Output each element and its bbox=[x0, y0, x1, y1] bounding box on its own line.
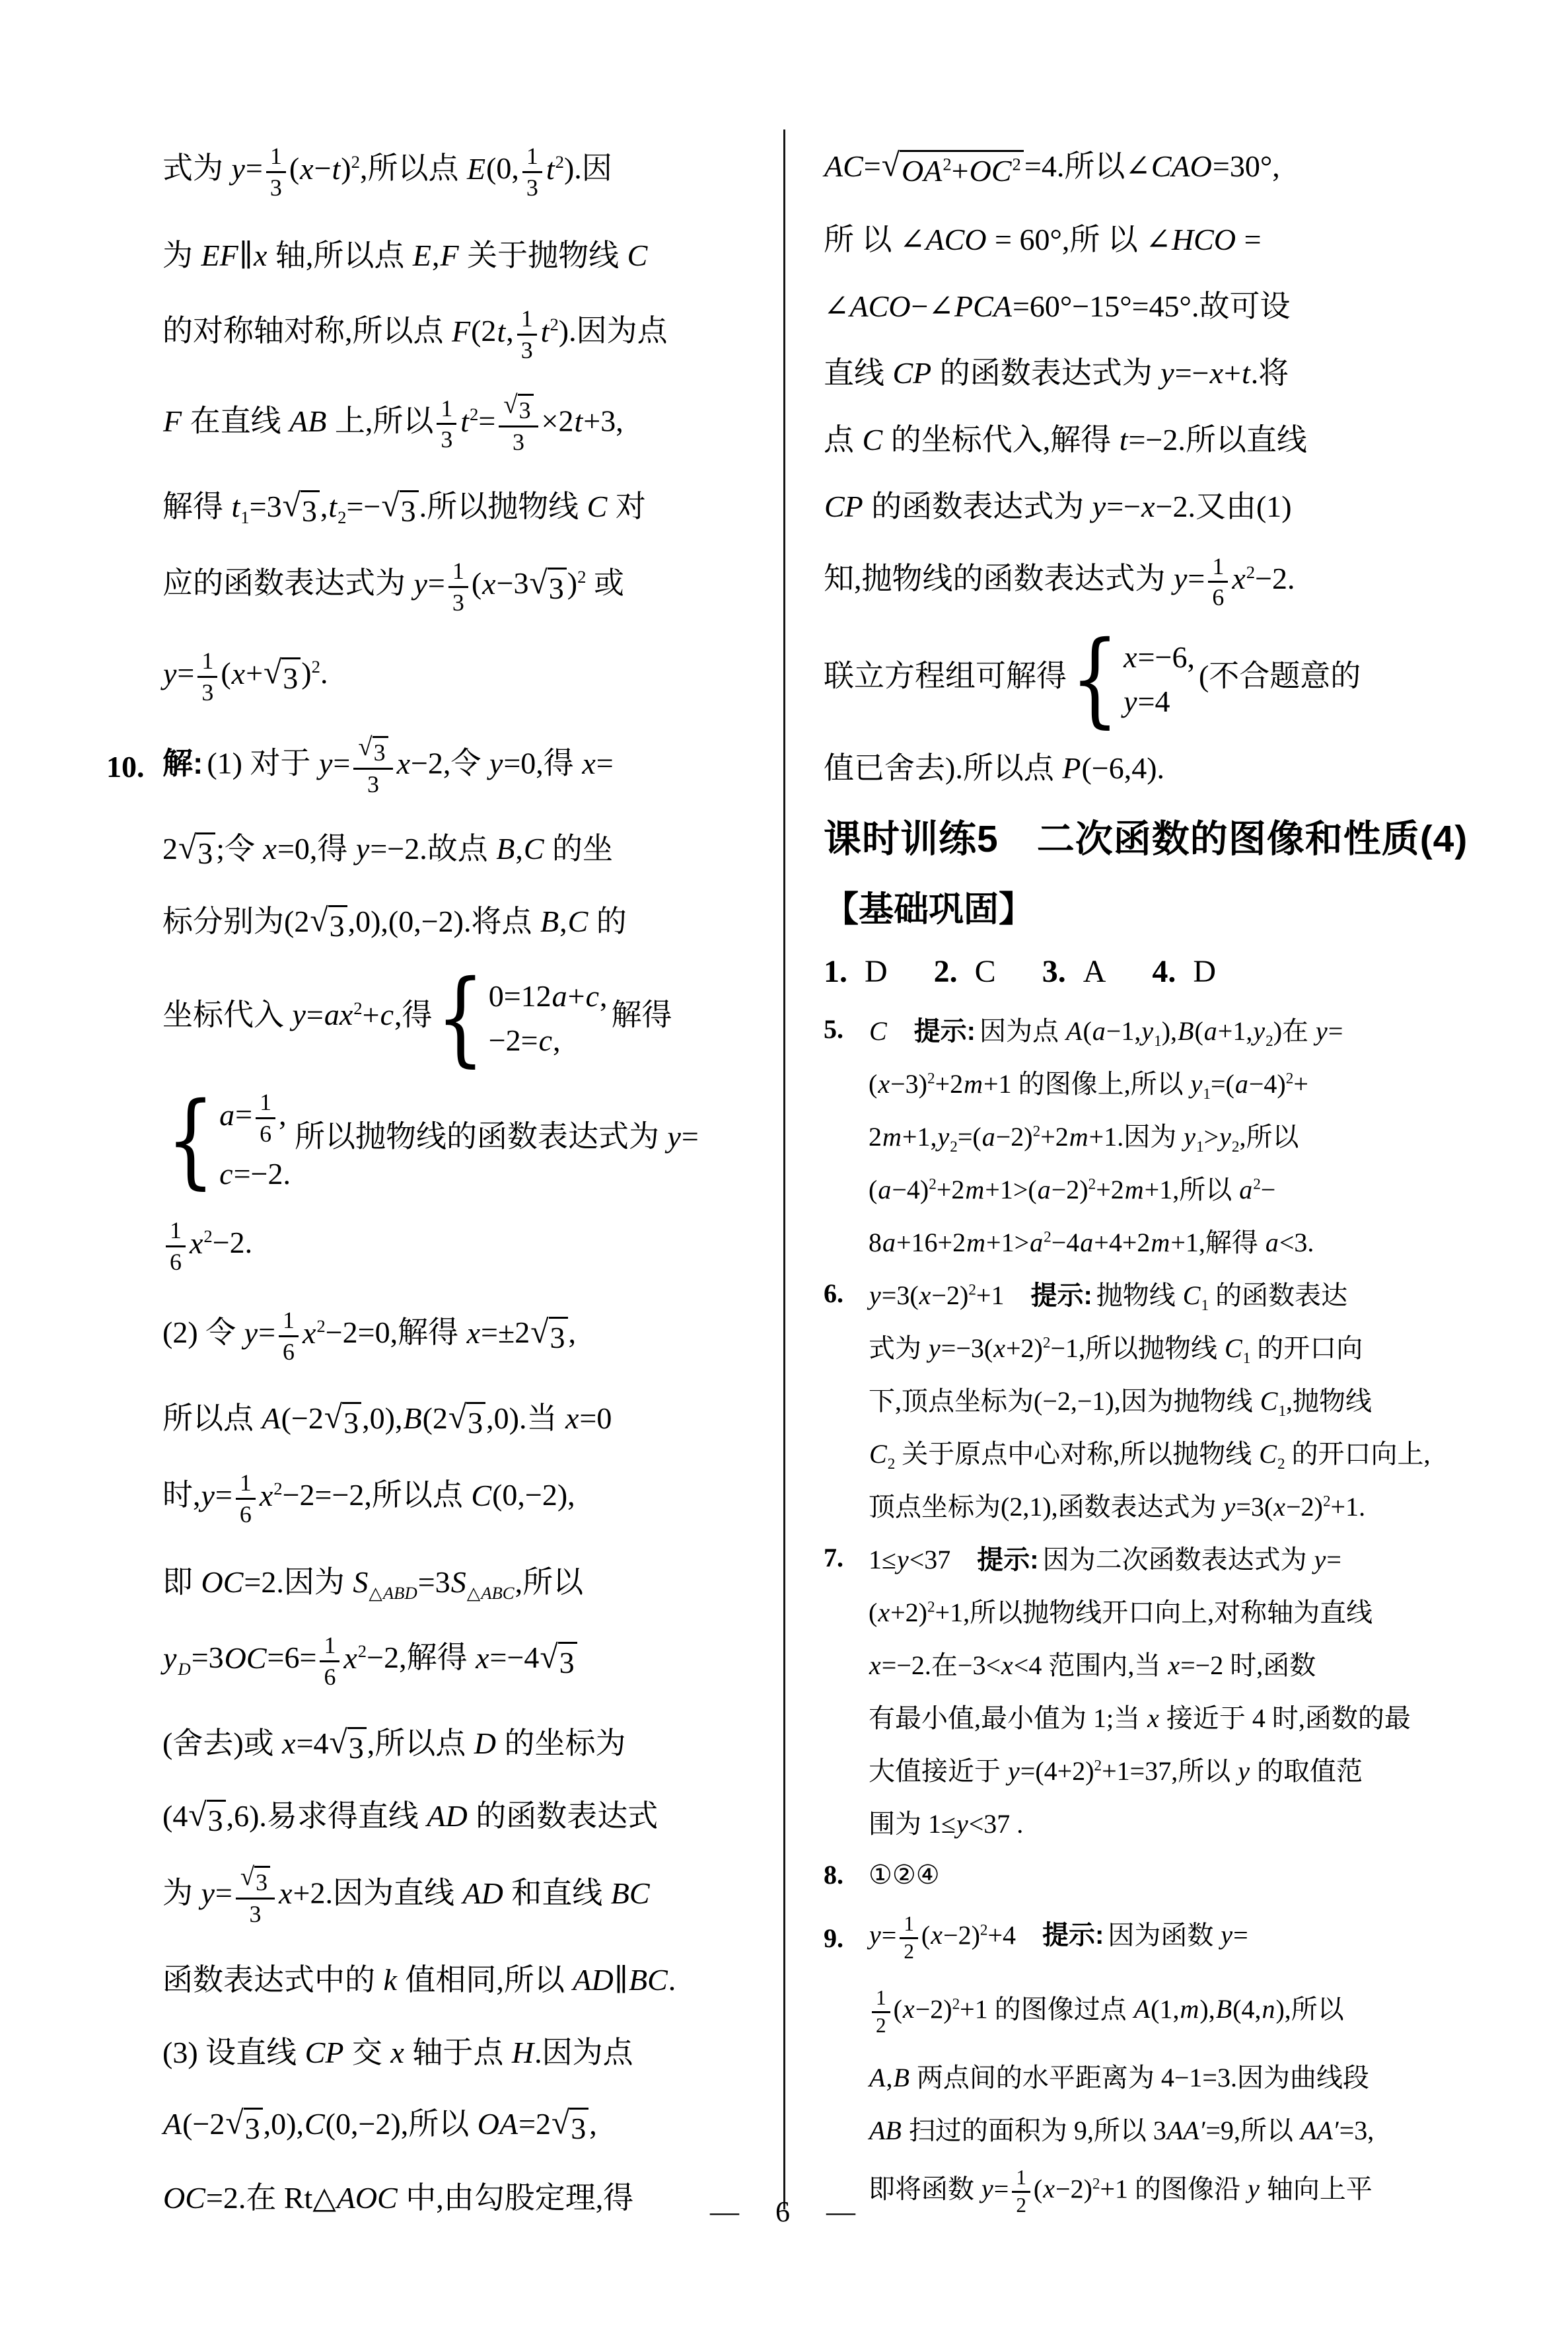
text-line: 有最小值,最小值为 1;当 x 接近于 4 时,函数的最 bbox=[869, 1689, 1526, 1742]
left-column-lines: 式为 y=13(x−t)2,所以点 E(0,13t2).因为 EF∥x 轴,所以… bbox=[162, 127, 768, 2232]
text-line: ∠ACO−∠PCA=60°−15°=45°.故可设 bbox=[824, 270, 1526, 337]
text-line: 的对称轴对称,所以点 F(2t,13t2).因为点 bbox=[162, 289, 768, 379]
text-line: 解得 t1=3√3,t2=−√3.所以抛物线 C 对 bbox=[162, 469, 768, 542]
text-line: 函数表达式中的 k 值相同,所以 AD∥BC. bbox=[162, 1941, 768, 2014]
answer-pair: 1.D bbox=[824, 953, 888, 990]
text-line: 2m+1,y2=(a−2)2+2m+1.因为 y1>y2,所以 bbox=[869, 1108, 1526, 1161]
left-column: 式为 y=13(x−t)2,所以点 E(0,13t2).因为 EF∥x 轴,所以… bbox=[106, 127, 768, 2232]
text-line: x=−2.在−3<x<4 范围内,当 x=−2 时,函数 bbox=[869, 1637, 1526, 1689]
text-line: C2 关于原点中心对称,所以抛物线 C2 的开口向上, bbox=[869, 1425, 1526, 1478]
text-line: 围为 1≤y<37 . bbox=[869, 1795, 1526, 1848]
text-line: (x+2)2+1,所以抛物线开口向上,对称轴为直线 bbox=[869, 1584, 1526, 1637]
answer-item: 6.y=3(x−2)2+1 提示:抛物线 C1 的函数表达式为 y=−3(x+2… bbox=[824, 1267, 1526, 1531]
text-line: y=13(x+√3)2. bbox=[162, 632, 768, 721]
text-line: 6.y=3(x−2)2+1 提示:抛物线 C1 的函数表达 bbox=[869, 1267, 1526, 1319]
text-line: 为 EF∥x 轴,所以点 E,F 关于抛物线 C bbox=[162, 217, 768, 289]
page-number: — 6 — bbox=[0, 2195, 1568, 2229]
text-line: 大值接近于 y=(4+2)2+1=37,所以 y 的取值范 bbox=[869, 1742, 1526, 1795]
text-line: 7.1≤y<37 提示:因为二次函数表达式为 y= bbox=[869, 1531, 1526, 1584]
text-line: AC=√OA2+OC2=4.所以∠CAO=30°, bbox=[824, 127, 1526, 203]
text-line: 为 y=√33x+2.因为直线 AD 和直线 BC bbox=[162, 1851, 768, 1941]
item-number: 5. bbox=[824, 1014, 869, 1045]
text-line: 时,y=16x2−2=−2,所以点 C(0,−2), bbox=[162, 1454, 768, 1543]
text-line: AB 扫过的面积为 9,所以 3AA′=9,所以 AA′=3, bbox=[869, 2102, 1526, 2155]
text-line: 9.y=12(x−2)2+4 提示:因为函数 y= bbox=[869, 1901, 1526, 1975]
text-line: 8a+16+2m+1>a2−4a+4+2m+1,解得 a<3. bbox=[869, 1214, 1526, 1267]
item-number: 6. bbox=[824, 1278, 869, 1309]
text-line: (2) 令 y=16x2−2=0,解得 x=±2√3, bbox=[162, 1291, 768, 1381]
item-number: 9. bbox=[824, 1923, 869, 1954]
workbook-answer-page: 式为 y=13(x−t)2,所以点 E(0,13t2).因为 EF∥x 轴,所以… bbox=[0, 0, 1568, 2325]
text-line: 所 以 ∠ACO = 60°,所 以 ∠HCO = bbox=[824, 203, 1526, 270]
text-line: 即 OC=2.因为 S△ABD=3S△ABC,所以 bbox=[162, 1543, 768, 1616]
text-line: A(−2√3,0),C(0,−2),所以 OA=2√3, bbox=[162, 2086, 768, 2159]
right-solution-lines: AC=√OA2+OC2=4.所以∠CAO=30°,所 以 ∠ACO = 60°,… bbox=[824, 127, 1526, 799]
text-line: (舍去)或 x=4√3,所以点 D 的坐标为 bbox=[162, 1706, 768, 1779]
text-line: 10.解:(1) 对于 y=√33x−2,令 y=0,得 x= bbox=[162, 721, 768, 811]
text-line: 应的函数表达式为 y=13(x−3√3)2 或 bbox=[162, 542, 768, 632]
column-divider-rule bbox=[783, 129, 785, 2209]
text-line: 下,顶点坐标为(−2,−1),因为抛物线 C1,抛物线 bbox=[869, 1372, 1526, 1425]
text-line: (x−3)2+2m+1 的图像上,所以 y1=(a−4)2+ bbox=[869, 1055, 1526, 1108]
answer-items: 5.C 提示:因为点 A(a−1,y1),B(a+1,y2)在 y=(x−3)2… bbox=[824, 1002, 1526, 2229]
text-line: 式为 y=−3(x+2)2−1,所以抛物线 C1 的开口向 bbox=[869, 1319, 1526, 1372]
answer-pair: 3.A bbox=[1042, 953, 1106, 990]
text-line: {a=16,c=−2.所以抛物线的函数表达式为 y= bbox=[162, 1079, 768, 1201]
text-line: 12(x−2)2+1 的图像过点 A(1,m),B(4,n),所以 bbox=[869, 1975, 1526, 2049]
text-line: yD=3OC=6=16x2−2,解得 x=−4√3 bbox=[162, 1616, 768, 1706]
item-number: 7. bbox=[824, 1542, 869, 1573]
section-heading: 课时训练5 二次函数的图像和性质(4) bbox=[824, 799, 1526, 873]
answer-item: 7.1≤y<37 提示:因为二次函数表达式为 y=(x+2)2+1,所以抛物线开… bbox=[824, 1531, 1526, 1848]
text-line: 顶点坐标为(2,1),函数表达式为 y=3(x−2)2+1. bbox=[869, 1478, 1526, 1531]
answer-item: 9.y=12(x−2)2+4 提示:因为函数 y=12(x−2)2+1 的图像过… bbox=[824, 1901, 1526, 2229]
text-line: A,B 两点间的水平距离为 4−1=3.因为曲线段 bbox=[869, 2049, 1526, 2102]
text-line: 5.C 提示:因为点 A(a−1,y1),B(a+1,y2)在 y= bbox=[869, 1002, 1526, 1055]
text-line: 8.①②④ bbox=[869, 1848, 1526, 1901]
text-line: 坐标代入 y=ax2+c,得{0=12a+c,−2=c,解得 bbox=[162, 957, 768, 1079]
text-line: (4√3,6).易求得直线 AD 的函数表达式 bbox=[162, 1779, 768, 1851]
answer-pair: 2.C bbox=[934, 953, 996, 990]
answers-row: 1.D2.C3.A4.D bbox=[824, 940, 1526, 1002]
text-line: 所以点 A(−2√3,0),B(2√3,0).当 x=0 bbox=[162, 1381, 768, 1454]
answer-pair: 4.D bbox=[1152, 953, 1216, 990]
text-line: CP 的函数表达式为 y=−x−2.又由(1) bbox=[824, 470, 1526, 537]
text-line: 值已舍去).所以点 P(−6,4). bbox=[824, 732, 1526, 799]
item-number: 10. bbox=[106, 749, 162, 784]
text-line: 联立方程组可解得{x=−6,y=4(不合题意的 bbox=[824, 626, 1526, 732]
text-line: 式为 y=13(x−t)2,所以点 E(0,13t2).因 bbox=[162, 127, 768, 217]
text-line: F 在直线 AB 上,所以13t2=√33×2t+3, bbox=[162, 379, 768, 469]
item-number: 8. bbox=[824, 1859, 869, 1890]
subsection-heading: 【基础巩固】 bbox=[824, 873, 1526, 940]
text-line: 点 C 的坐标代入,解得 t=−2.所以直线 bbox=[824, 404, 1526, 470]
text-line: 2√3;令 x=0,得 y=−2.故点 B,C 的坐 bbox=[162, 811, 768, 884]
text-line: 知,抛物线的函数表达式为 y=16x2−2. bbox=[824, 537, 1526, 626]
text-line: (a−4)2+2m+1>(a−2)2+2m+1,所以 a2− bbox=[869, 1161, 1526, 1214]
right-column: AC=√OA2+OC2=4.所以∠CAO=30°,所 以 ∠ACO = 60°,… bbox=[824, 127, 1526, 2229]
answer-item: 8.①②④ bbox=[824, 1848, 1526, 1901]
text-line: 标分别为(2√3,0),(0,−2).将点 B,C 的 bbox=[162, 884, 768, 957]
text-line: 16x2−2. bbox=[162, 1201, 768, 1291]
text-line: (3) 设直线 CP 交 x 轴于点 H.因为点 bbox=[162, 2014, 768, 2086]
text-line: 直线 CP 的函数表达式为 y=−x+t.将 bbox=[824, 337, 1526, 404]
answer-item: 5.C 提示:因为点 A(a−1,y1),B(a+1,y2)在 y=(x−3)2… bbox=[824, 1002, 1526, 1267]
